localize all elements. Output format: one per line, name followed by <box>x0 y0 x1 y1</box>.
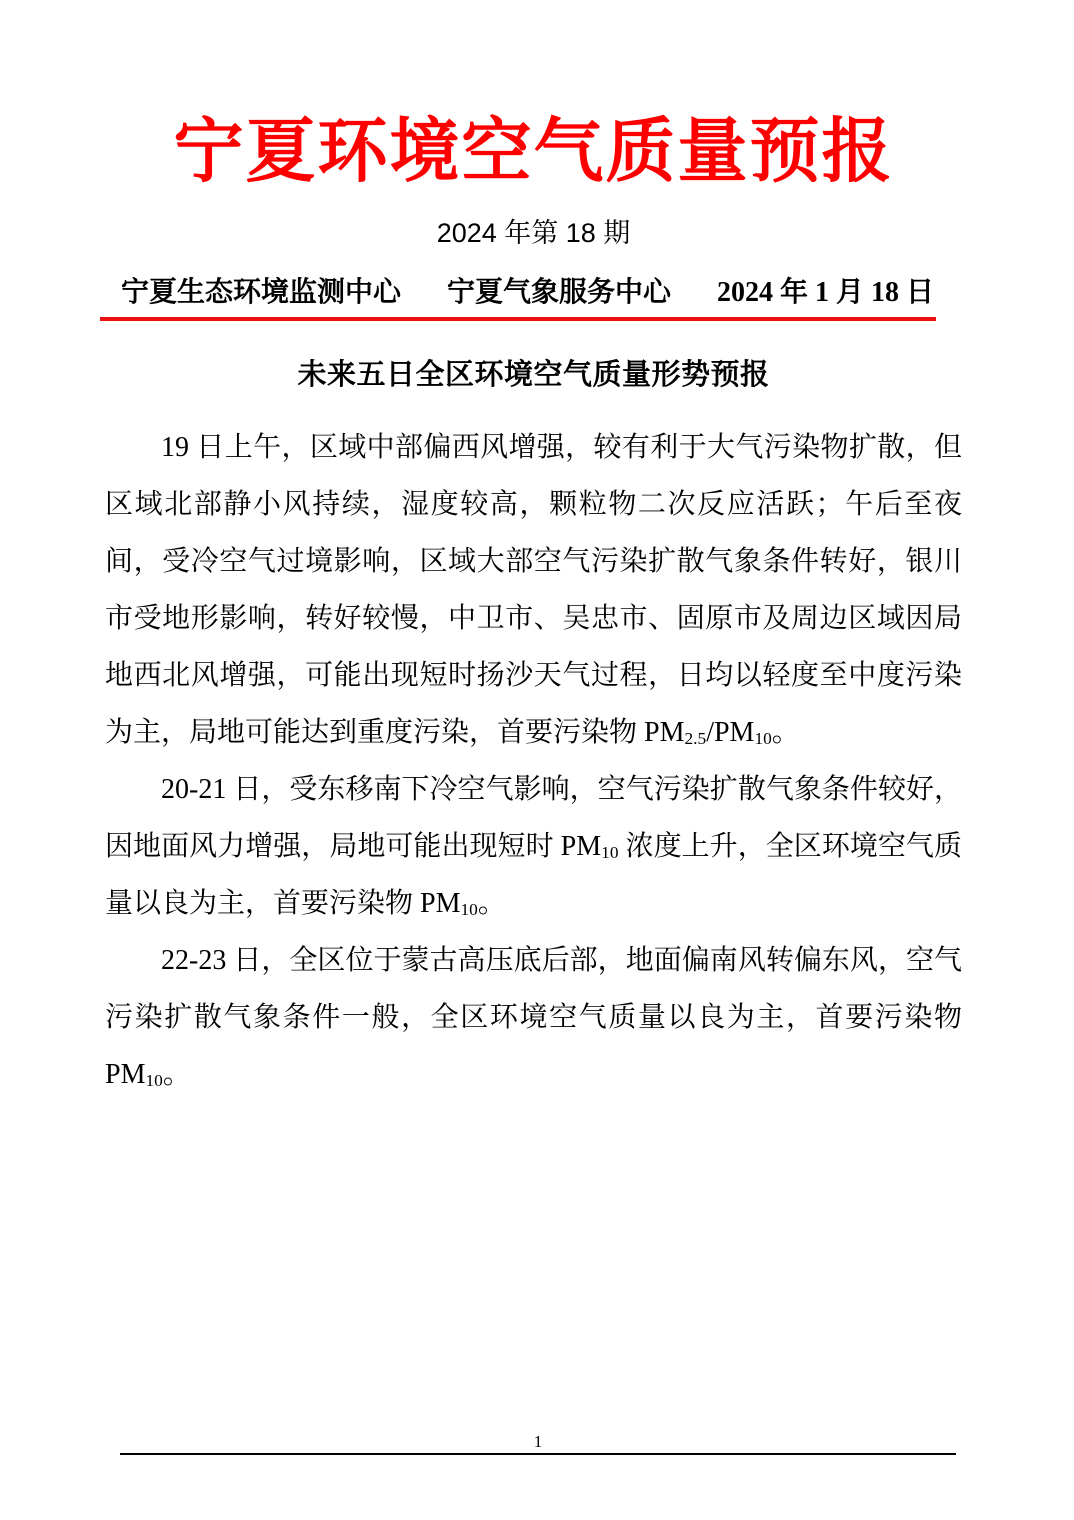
forecast-paragraph-day22-23: 22-23 日，全区位于蒙古高压底后部，地面偏南风转偏东风，空气污染扩散气象条件… <box>105 932 962 1103</box>
issue-date: 2024 年 1 月 18 日 <box>717 276 934 310</box>
page-footer: 1 <box>120 1432 956 1455</box>
forecast-paragraph-day20-21: 20-21 日，受东移南下冷空气影响，空气污染扩散气象条件较好，因地面风力增强，… <box>105 761 962 932</box>
section-heading: 未来五日全区环境空气质量形势预报 <box>105 357 962 393</box>
footer-divider <box>120 1453 956 1455</box>
document-title: 宁夏环境空气质量预报 <box>105 0 962 195</box>
document-page: 宁夏环境空气质量预报 2024 年第 18 期 宁夏生态环境监测中心 宁夏气象服… <box>0 0 1074 1520</box>
org-weather-service-center: 宁夏气象服务中心 <box>447 276 671 310</box>
page-number: 1 <box>120 1432 956 1452</box>
forecast-body: 19 日上午，区域中部偏西风增强，较有利于大气污染物扩散，但区域北部静小风持续，… <box>105 419 962 1103</box>
red-divider <box>100 317 936 321</box>
issue-number: 2024 年第 18 期 <box>105 217 962 249</box>
header-row: 宁夏生态环境监测中心 宁夏气象服务中心 2024 年 1 月 18 日 <box>105 276 962 310</box>
org-monitoring-center: 宁夏生态环境监测中心 <box>121 276 401 310</box>
forecast-paragraph-day19: 19 日上午，区域中部偏西风增强，较有利于大气污染物扩散，但区域北部静小风持续，… <box>105 419 962 761</box>
